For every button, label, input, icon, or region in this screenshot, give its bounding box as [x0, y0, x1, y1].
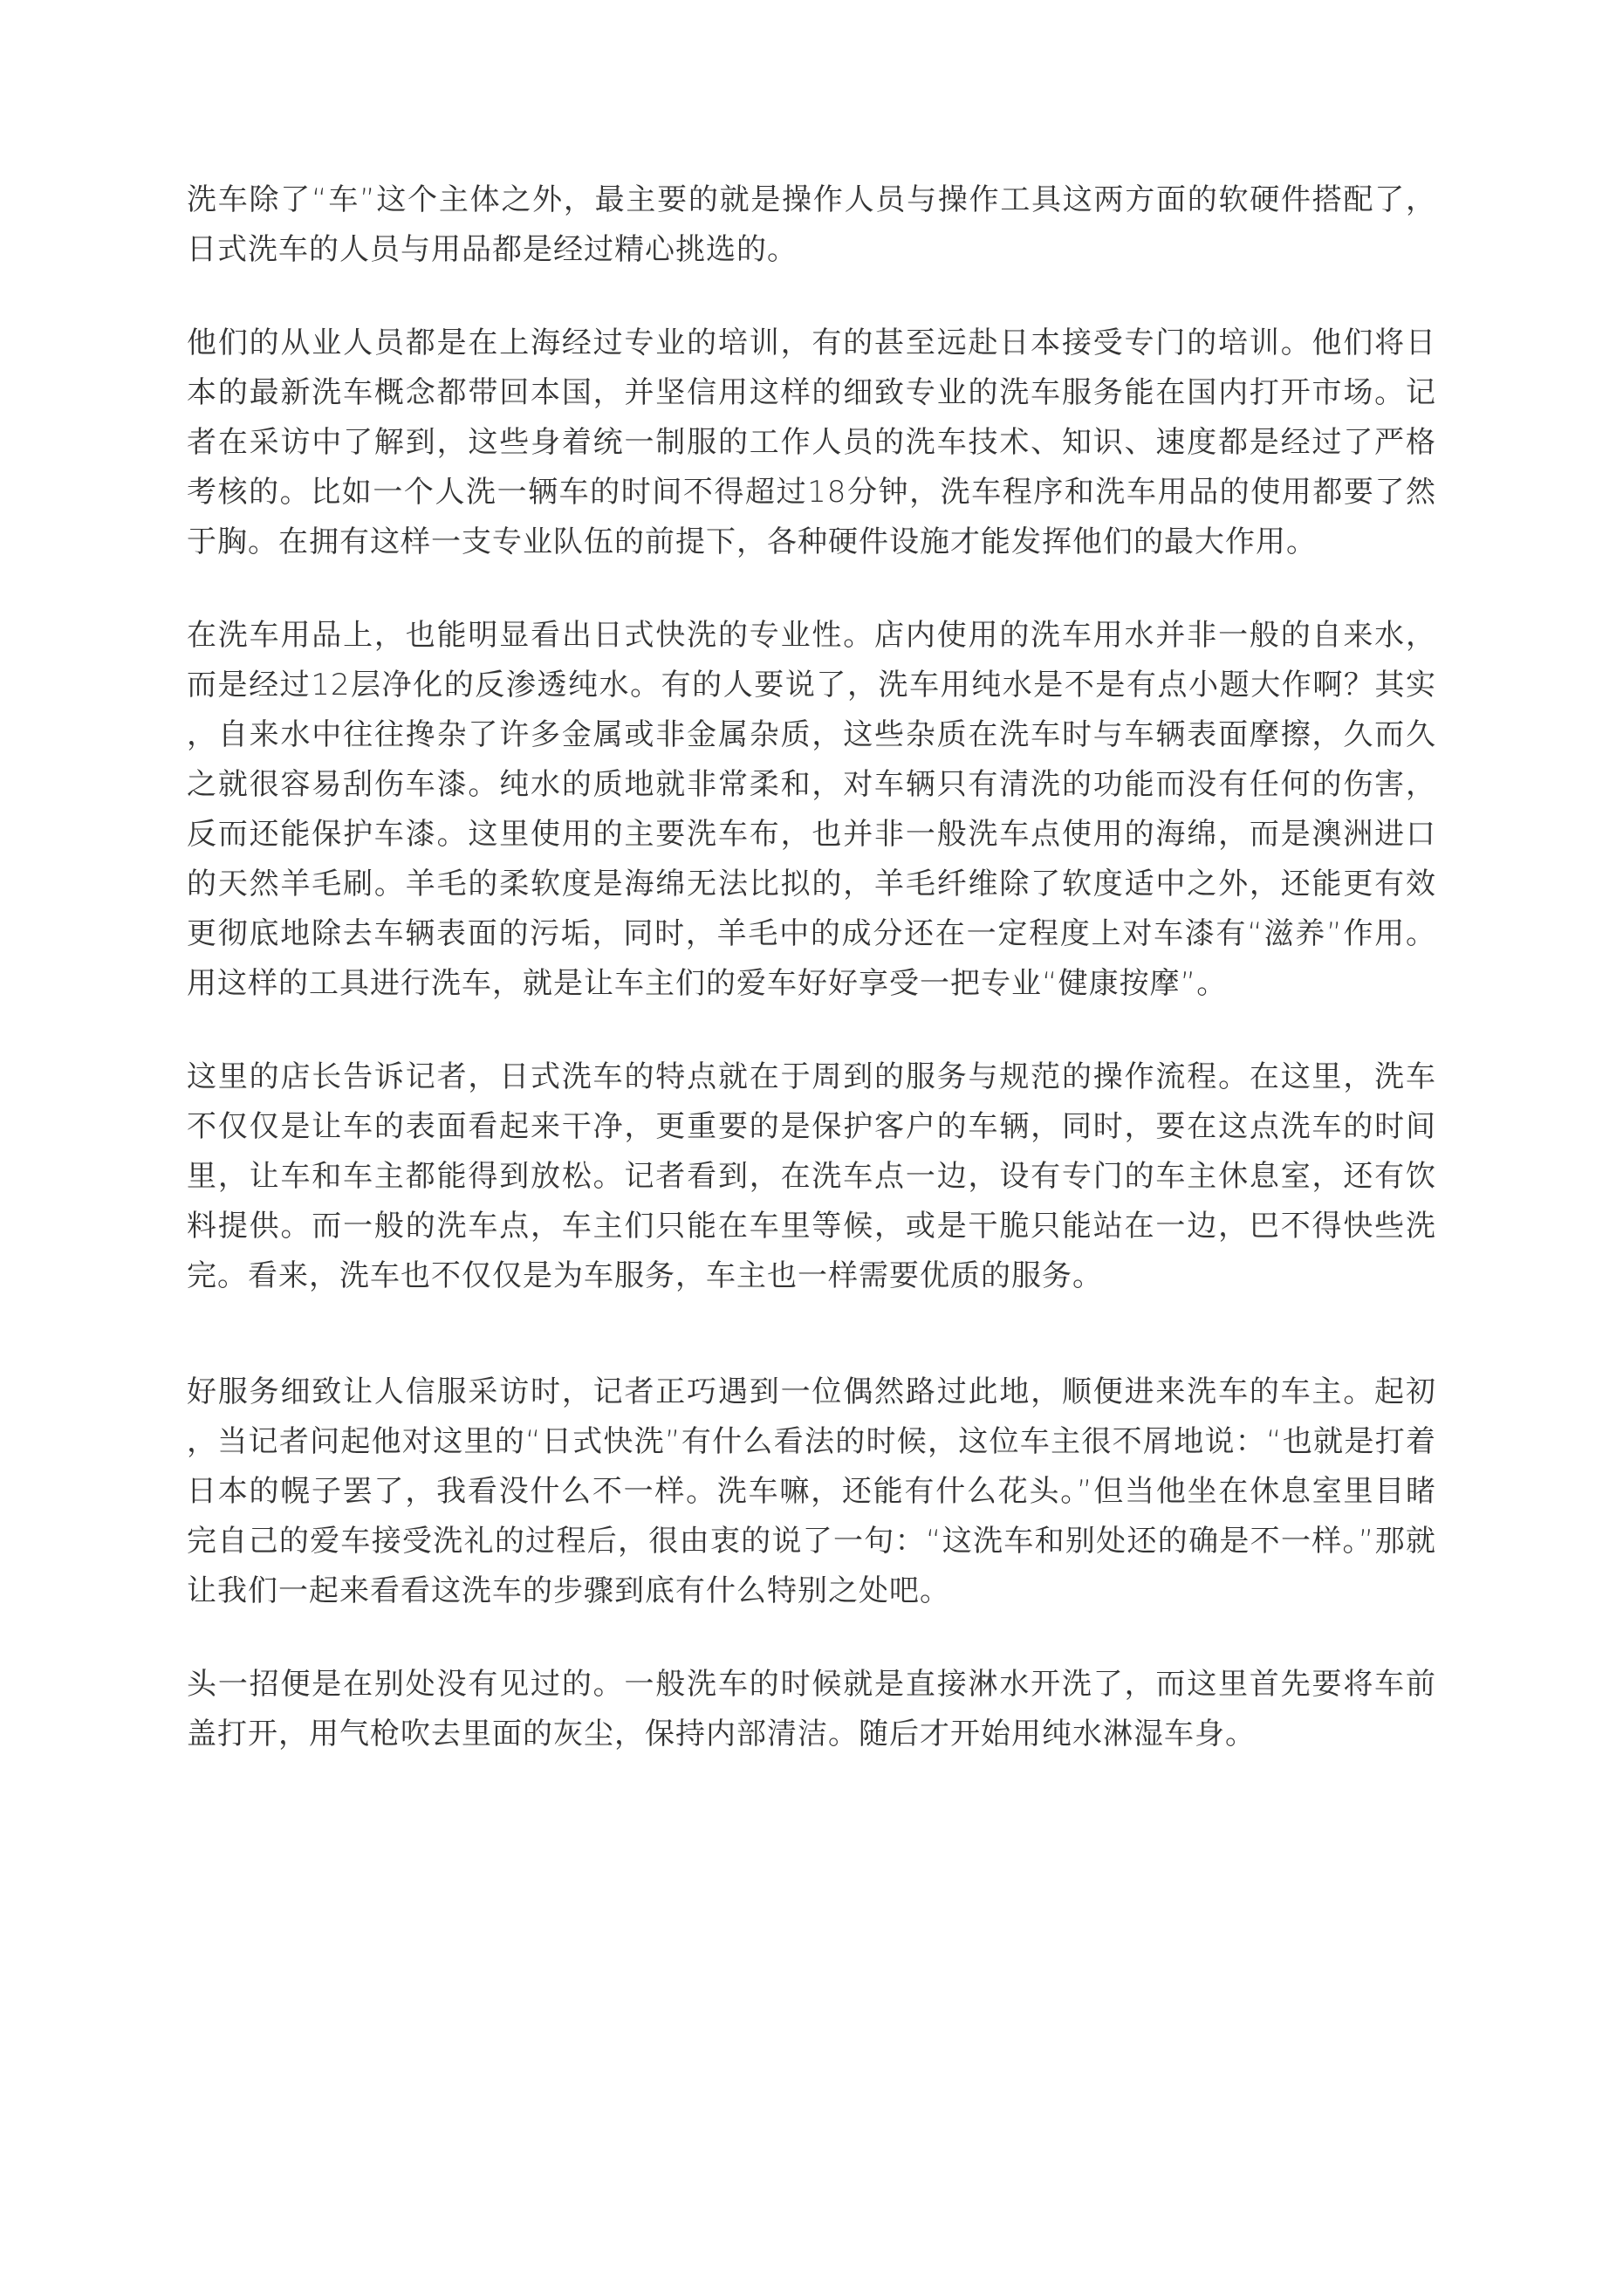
- paragraph-supplies: 在洗车用品上，也能明显看出日式快洗的专业性。店内使用的洗车用水并非一般的自来水，…: [187, 611, 1436, 1009]
- paragraph-staff-training: 他们的从业人员都是在上海经过专业的培训，有的甚至远赴日本接受专门的培训。他们将日…: [187, 319, 1436, 567]
- document-page: 洗车除了“车”这个主体之外，最主要的就是操作人员与操作工具这两方面的软硬件搭配了…: [0, 0, 1623, 2296]
- paragraph-service-features: 这里的店长告诉记者，日式洗车的特点就在于周到的服务与规范的操作流程。在这里，洗车…: [187, 1052, 1436, 1301]
- paragraph-customer-interview: 好服务细致让人信服采访时，记者正巧遇到一位偶然路过此地，顺便进来洗车的车主。起初…: [187, 1367, 1436, 1616]
- paragraph-first-step: 头一招便是在别处没有见过的。一般洗车的时候就是直接淋水开洗了，而这里首先要将车前…: [187, 1660, 1436, 1759]
- paragraph-intro: 洗车除了“车”这个主体之外，最主要的就是操作人员与操作工具这两方面的软硬件搭配了…: [187, 175, 1436, 275]
